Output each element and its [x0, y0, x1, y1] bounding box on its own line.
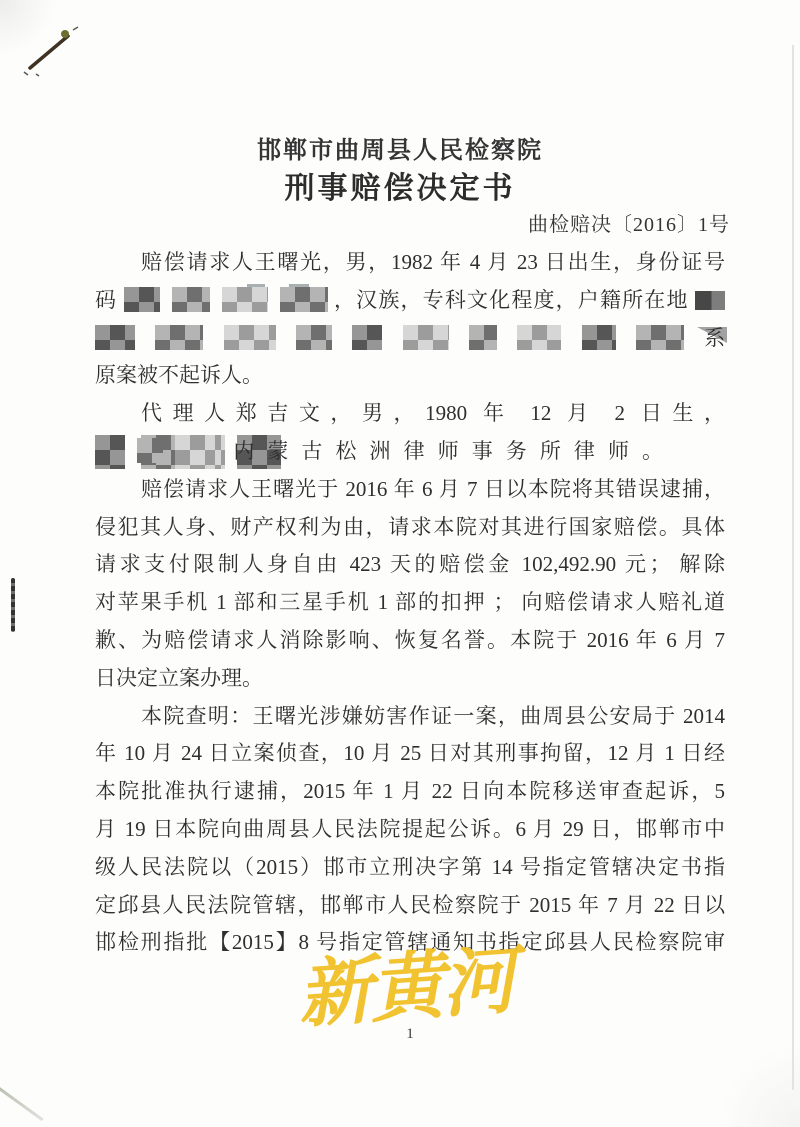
issuing-organization: 邯郸市曲周县人民检察院	[0, 130, 800, 165]
document-body: 赔偿请求人王曙光，男，1982 年 4 月 23 日出生，身份证号 码 ，汉族，…	[95, 244, 725, 962]
body-line: 歉、为赔偿请求人消除影响、恢复名誉。本院于 2016 年 6 月 7	[95, 622, 725, 660]
body-line: 侵犯其人身、财产权利为由，请求本院对其进行国家赔偿。具体	[95, 509, 725, 547]
redaction-block	[469, 325, 497, 350]
body-line: 年 10 月 24 日立案侦查，10 月 25 日对其刑事拘留，12 月 1 日…	[95, 735, 725, 773]
body-line: 对苹果手机 1 部和三星手机 1 部的扣押 ； 向赔偿请求人赔礼道	[95, 584, 725, 622]
body-line: 本院批准执行逮捕，2015 年 1 月 22 日向本院移送审查起诉，5	[95, 773, 725, 811]
body-text-fragment: 内蒙古松洲律师事务所律师。	[233, 439, 663, 463]
corner-smudge	[0, 1086, 44, 1121]
document-title: 刑事赔偿决定书	[0, 163, 800, 207]
redaction-block	[695, 291, 725, 310]
redaction-block	[636, 325, 684, 350]
redaction-block	[95, 435, 125, 469]
body-text-fragment: 代理人郑吉文，男，1980 年 12 月 2 日生，	[141, 401, 725, 425]
redaction-block	[175, 435, 215, 469]
body-line-with-redaction: 内蒙古松洲律师事务所律师。	[95, 433, 725, 471]
body-line: 月 19 日本院向曲周县人民法院提起公诉。6 月 29 日，邯郸市中	[95, 811, 725, 849]
body-line: 本院查明：王曙光涉嫌妨害作证一案，曲周县公安局于 2014	[95, 698, 725, 736]
body-line: 赔偿请求人王曙光于 2016 年 6 月 7 日以本院将其错误逮捕，	[95, 471, 725, 509]
redaction-block	[582, 325, 616, 350]
body-line: 级人民法院以（2015）邯市立刑决字第 14 号指定管辖决定书指	[95, 849, 725, 887]
redaction-block	[224, 325, 276, 350]
redaction-block	[124, 287, 160, 312]
body-text-fragment: ，汉族，专科文化程度，户籍所在地	[334, 288, 689, 312]
document-number: 曲检赔决〔2016〕1号	[528, 208, 730, 237]
redaction-block	[403, 325, 449, 350]
body-line: 请求支付限制人身自由 423 天的赔偿金 102,492.90 元； 解除	[95, 546, 725, 584]
body-line: 日决定立案办理。	[95, 660, 725, 698]
redaction-block	[95, 325, 135, 350]
body-line: 邯检刑指批【2015】8 号指定管辖通知书指定邱县人民检察院审	[95, 924, 725, 962]
redaction-block	[222, 287, 268, 312]
body-line-with-redaction: 系	[95, 320, 725, 358]
body-line-with-redaction: 码 ，汉族，专科文化程度，户籍所在地	[95, 282, 725, 320]
redaction-block	[280, 287, 328, 312]
body-text-fragment: 系	[704, 326, 725, 350]
body-line: 定邱县人民法院管辖，邯郸市人民检察院于 2015 年 7 月 22 日以	[95, 887, 725, 925]
redaction-block	[517, 325, 561, 350]
body-line: 原案被不起诉人。	[95, 357, 725, 395]
redaction-block	[172, 287, 210, 312]
redaction-block-group	[95, 433, 215, 471]
body-line: 赔偿请求人王曙光，男，1982 年 4 月 23 日出生，身份证号	[95, 244, 725, 282]
scanned-document-page: 邯郸市曲周县人民检察院 刑事赔偿决定书 曲检赔决〔2016〕1号 赔偿请求人王曙…	[0, 0, 800, 1127]
redaction-block	[352, 325, 382, 350]
page-number: 1	[95, 1026, 725, 1043]
redaction-block	[296, 325, 332, 350]
body-text-fragment: 码	[95, 288, 117, 312]
redaction-block-group	[124, 282, 328, 320]
body-line-with-redaction: 代理人郑吉文，男，1980 年 12 月 2 日生，	[95, 395, 725, 433]
redaction-block	[155, 325, 203, 350]
binding-mark	[11, 578, 15, 632]
pen-scribble-mark	[16, 22, 86, 77]
redaction-block	[137, 438, 163, 463]
